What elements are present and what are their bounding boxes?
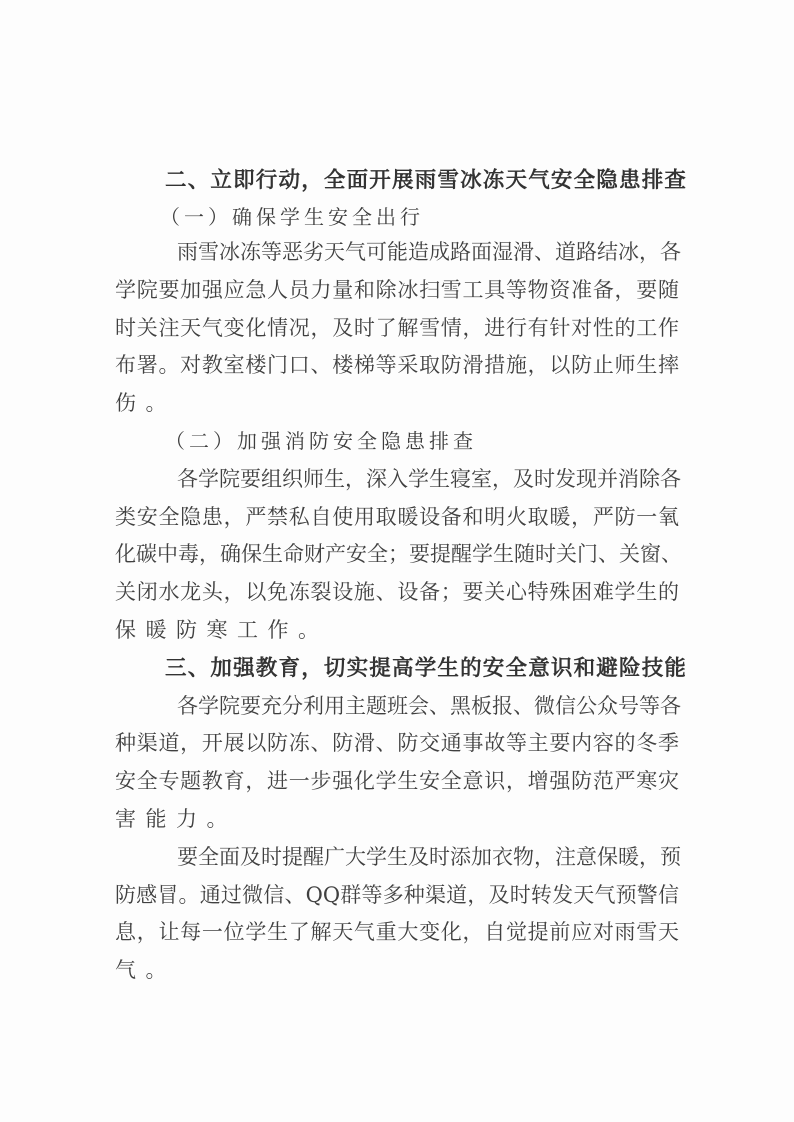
subsection-title-2: （二）加强消防安全隐患排查	[115, 423, 679, 461]
paragraph-line: 雨雪冰冻等恶劣天气可能造成路面湿滑、道路结冰，各	[115, 234, 679, 272]
paragraph-line: 关闭水龙头，以免冻裂设施、设备；要关心特殊困难学生的	[115, 574, 679, 612]
paragraph-line: 安全专题教育，进一步强化学生安全意识，增强防范严寒灾	[115, 763, 679, 801]
paragraph-line: 种渠道，开展以防冻、防滑、防交通事故等主要内容的冬季	[115, 725, 679, 763]
paragraph-line: 布署。对教室楼门口、楼梯等采取防滑措施，以防止师生摔	[115, 347, 679, 385]
paragraph-line: 伤。	[115, 385, 679, 423]
paragraph-line: 气。	[115, 952, 679, 990]
section-heading-2: 二、立即行动，全面开展雨雪冰冻天气安全隐患排查	[115, 162, 679, 200]
paragraph-line: 学院要加强应急人员力量和除冰扫雪工具等物资准备，要随	[115, 272, 679, 310]
paragraph-line: 各学院要充分利用主题班会、黑板报、微信公众号等各	[115, 688, 679, 726]
paragraph-line: 要全面及时提醒广大学生及时添加衣物，注意保暖，预	[115, 839, 679, 877]
paragraph-warmth-reminder: 要全面及时提醒广大学生及时添加衣物，注意保暖，预 防感冒。通过微信、QQ群等多种…	[115, 839, 679, 990]
paragraph-safe-travel: 雨雪冰冻等恶劣天气可能造成路面湿滑、道路结冰，各 学院要加强应急人员力量和除冰扫…	[115, 234, 679, 423]
paragraph-line: 各学院要组织师生，深入学生寝室，及时发现并消除各	[115, 461, 679, 499]
document-page: 二、立即行动，全面开展雨雪冰冻天气安全隐患排查 （一）确保学生安全出行 雨雪冰冻…	[115, 162, 679, 990]
paragraph-line: 类安全隐患，严禁私自使用取暖设备和明火取暖，严防一氧	[115, 499, 679, 537]
paragraph-line: 息，让每一位学生了解天气重大变化，自觉提前应对雨雪天	[115, 914, 679, 952]
subsection-title-1: （一）确保学生安全出行	[115, 200, 679, 234]
paragraph-education: 各学院要充分利用主题班会、黑板报、微信公众号等各 种渠道，开展以防冻、防滑、防交…	[115, 688, 679, 839]
paragraph-line: 时关注天气变化情况，及时了解雪情，进行有针对性的工作	[115, 310, 679, 348]
paragraph-line: 害能力。	[115, 801, 679, 839]
paragraph-line: 化碳中毒，确保生命财产安全；要提醒学生随时关门、关窗、	[115, 536, 679, 574]
paragraph-line: 保暖防寒工作。	[115, 612, 679, 650]
paragraph-fire-safety: 各学院要组织师生，深入学生寝室，及时发现并消除各 类安全隐患，严禁私自使用取暖设…	[115, 461, 679, 650]
paragraph-line: 防感冒。通过微信、QQ群等多种渠道，及时转发天气预警信	[115, 877, 679, 915]
section-heading-3: 三、加强教育，切实提高学生的安全意识和避险技能	[115, 650, 679, 688]
